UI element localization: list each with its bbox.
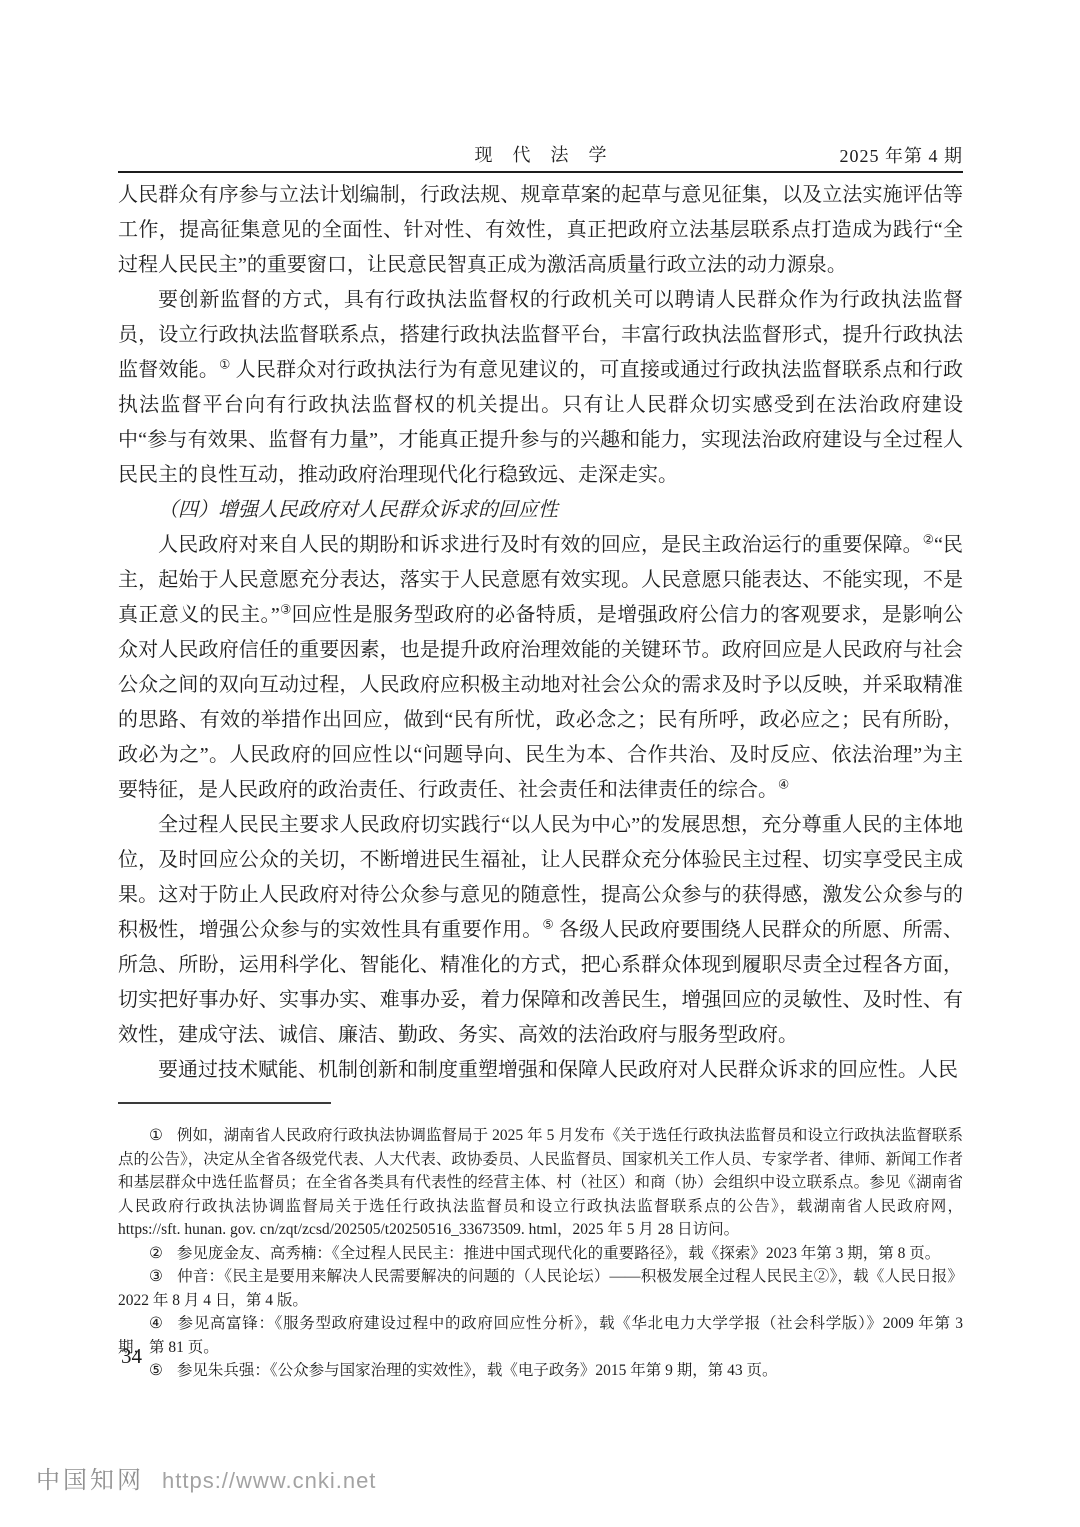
cnki-url: https://www.cnki.net bbox=[162, 1468, 376, 1494]
footnote-item: ④参见高富锋：《服务型政府建设过程中的政府回应性分析》，载《华北电力大学学报（社… bbox=[118, 1312, 963, 1359]
footnote-text: 参见高富锋：《服务型政府建设过程中的政府回应性分析》，载《华北电力大学学报（社会… bbox=[118, 1315, 963, 1356]
article-body: 人民群众有序参与立法计划编制，行政法规、规章草案的起草与意见征集，以及立法实施评… bbox=[118, 178, 963, 1088]
paragraph: 全过程人民民主要求人民政府切实践行“以人民为中心”的发展思想，充分尊重人民的主体… bbox=[118, 808, 963, 1053]
footnote-marker: ③ bbox=[149, 1268, 163, 1285]
paragraph: 人民政府对来自人民的期盼和诉求进行及时有效的回应，是民主政治运行的重要保障。②“… bbox=[118, 528, 963, 808]
footnote-marker: ① bbox=[149, 1127, 163, 1144]
page-number: 34 bbox=[121, 1344, 142, 1369]
footnote-text: 例如，湖南省人民政府行政执法协调监督局于 2025 年 5 月发布《关于选任行政… bbox=[118, 1127, 963, 1238]
footnote-marker: ④ bbox=[149, 1315, 164, 1332]
footnote-item: ①例如，湖南省人民政府行政执法协调监督局于 2025 年 5 月发布《关于选任行… bbox=[118, 1124, 963, 1242]
section-heading: （四）增强人民政府对人民群众诉求的回应性 bbox=[118, 493, 963, 528]
header-rule bbox=[118, 171, 963, 173]
footnote-separator bbox=[118, 1102, 331, 1104]
footnote-text: 参见朱兵强：《公众参与国家治理的实效性》，载《电子政务》2015 年第 9 期，… bbox=[177, 1362, 778, 1379]
issue-label: 2025 年第 4 期 bbox=[840, 142, 964, 168]
journal-page: 现代法学 2025 年第 4 期 人民群众有序参与立法计划编制，行政法规、规章草… bbox=[0, 0, 1080, 1527]
footnotes: ①例如，湖南省人民政府行政执法协调监督局于 2025 年 5 月发布《关于选任行… bbox=[118, 1124, 963, 1383]
watermark: 中国知网 https://www.cnki.net bbox=[36, 1460, 376, 1495]
footnote-marker: ⑤ bbox=[149, 1362, 163, 1379]
footnote-item: ②参见庞金友、高秀楠：《全过程人民民主：推进中国式现代化的重要路径》，载《探索》… bbox=[118, 1242, 963, 1266]
journal-title: 现代法学 bbox=[475, 141, 627, 167]
footnote-text: 参见庞金友、高秀楠：《全过程人民民主：推进中国式现代化的重要路径》，载《探索》2… bbox=[177, 1245, 940, 1262]
paragraph: 要创新监督的方式，具有行政执法监督权的行政机关可以聘请人民群众作为行政执法监督员… bbox=[118, 283, 963, 493]
paragraph: 人民群众有序参与立法计划编制，行政法规、规章草案的起草与意见征集，以及立法实施评… bbox=[118, 178, 963, 283]
footnote-marker: ② bbox=[149, 1245, 163, 1262]
footnote-item: ③仲音：《民主是要用来解决人民需要解决的问题的（人民论坛）——积极发展全过程人民… bbox=[118, 1265, 963, 1312]
footnote-item: ⑤参见朱兵强：《公众参与国家治理的实效性》，载《电子政务》2015 年第 9 期… bbox=[118, 1359, 963, 1383]
cnki-brand-text: 中国知网 bbox=[36, 1460, 144, 1495]
page-header: 现代法学 2025 年第 4 期 bbox=[118, 141, 963, 167]
footnote-text: 仲音：《民主是要用来解决人民需要解决的问题的（人民论坛）——积极发展全过程人民民… bbox=[118, 1268, 963, 1309]
paragraph: 要通过技术赋能、机制创新和制度重塑增强和保障人民政府对人民群众诉求的回应性。人民 bbox=[118, 1053, 963, 1088]
